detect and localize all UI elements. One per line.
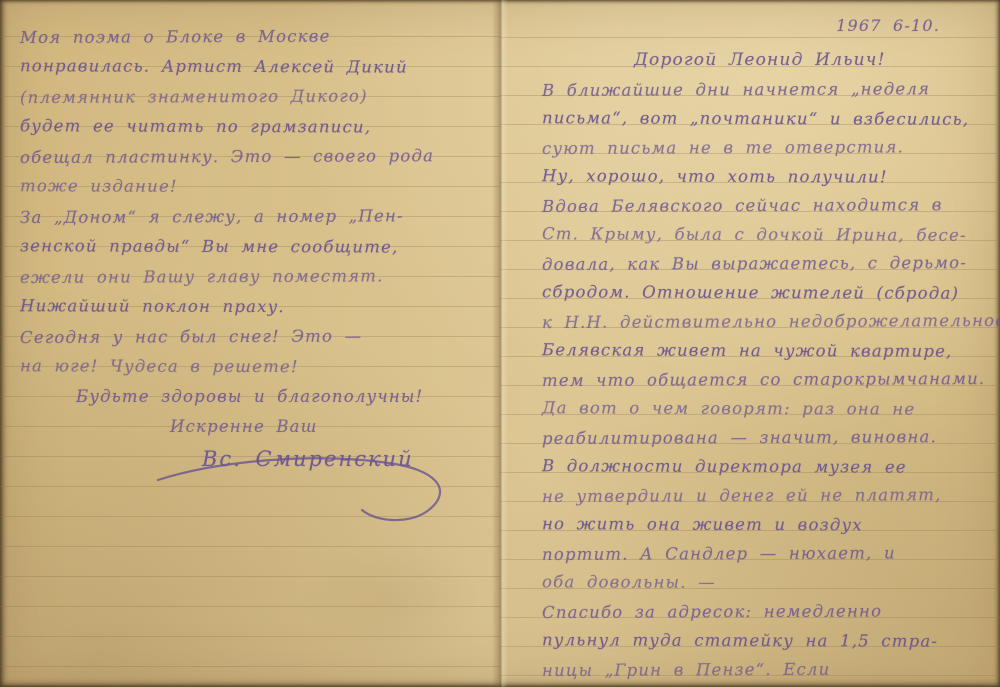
letter-line: (племянник знаменитого Дикого) xyxy=(20,81,472,113)
signature: Вс. Смиренский xyxy=(202,442,472,476)
right-page-body: В ближайшие дни начнется „неделяписьма“,… xyxy=(542,75,976,684)
letter-line: Сегодня у нас был снег! Это — xyxy=(20,321,472,353)
letter-line: Ст. Крыму, была с дочкой Ирина, бесе- xyxy=(542,219,976,250)
letter-line: но жить она живет и воздух xyxy=(542,509,976,540)
letter-line: понравилась. Артист Алексей Дикий xyxy=(20,51,472,83)
letter-line: ницы „Грин в Пензе“. Если xyxy=(542,654,976,685)
letter-line: не утвердили и денег ей не платят, xyxy=(542,480,976,511)
letter-line: оба довольны. — xyxy=(542,567,976,598)
letter-line: тем что общается со старокрымчанами. xyxy=(542,364,976,395)
letter-line: письма“, вот „почтаники“ и взбесились, xyxy=(542,103,976,134)
letter-line: суют письма не в те отверстия. xyxy=(542,132,976,163)
letter-line: ежели они Вашу главу поместят. xyxy=(20,261,472,293)
letter-line: на юге! Чудеса в решете! xyxy=(20,351,472,383)
letter-line: будет ее читать по грамзаписи, xyxy=(20,111,472,143)
letter-line: к Н.Н. действительно недоброжелательное. xyxy=(542,306,976,337)
left-page-body: Моя поэма о Блоке в Москвепонравилась. А… xyxy=(20,22,472,382)
letter-line: Спасибо за адресок: немедленно xyxy=(542,596,976,627)
letter-line: зенской правды“ Вы мне сообщите, xyxy=(20,231,472,263)
letter-line: В ближайшие дни начнется „неделя xyxy=(542,74,976,105)
letter-line: Нижайший поклон праху. xyxy=(20,291,472,323)
closing-line: Будьте здоровы и благополучны! xyxy=(76,382,472,412)
letter-line: Да вот о чем говорят: раз она не xyxy=(542,393,976,424)
letter-line: Ну, хорошо, что хоть получили! xyxy=(542,161,976,192)
letter-date: 1967 6-10. xyxy=(542,14,940,38)
paper-stain xyxy=(300,540,480,660)
letter-line: Моя поэма о Блоке в Москве xyxy=(20,21,472,53)
letter-line: В должности директора музея ее xyxy=(542,451,976,482)
letter-line: Белявская живет на чужой квартире, xyxy=(542,335,976,366)
letter-line: За „Доном“ я слежу, а номер „Пен- xyxy=(20,201,472,233)
letter-line: реабилитирована — значит, виновна. xyxy=(542,422,976,453)
greeting-line: Дорогой Леонид Ильич! xyxy=(634,46,976,75)
letter-page-left: Моя поэма о Блоке в Москвепонравилась. А… xyxy=(0,0,500,687)
letter-line: довала, как Вы выражаетесь, с дерьмо- xyxy=(542,248,976,279)
signoff-line: Искренне Ваш xyxy=(170,412,472,442)
letter-line: пульнул туда статейку на 1,5 стра- xyxy=(542,625,976,656)
letter-line: Вдова Белявского сейчас находится в xyxy=(542,190,976,221)
letter-page-right: 1967 6-10. Дорогой Леонид Ильич! В ближа… xyxy=(500,0,1000,687)
letter-line: сбродом. Отношение жителей (сброда) xyxy=(542,277,976,308)
letter-line: тоже издание! xyxy=(20,171,472,203)
letter-scan: Моя поэма о Блоке в Москвепонравилась. А… xyxy=(0,0,1000,687)
letter-line: портит. А Сандлер — нюхает, и xyxy=(542,538,976,569)
letter-line: обещал пластинку. Это — своего рода xyxy=(20,141,472,173)
